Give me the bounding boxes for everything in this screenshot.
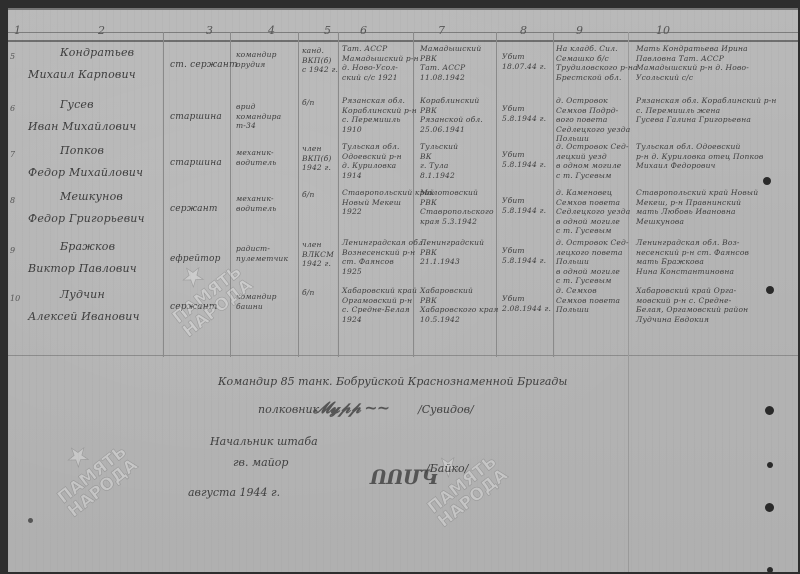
party-membership-line: ВКП(б) — [302, 154, 332, 164]
party-membership: б/п — [302, 190, 315, 200]
fate-date: Убит5.8.1944 г. — [502, 150, 546, 169]
fate-date-line: 5.8.1944 г. — [502, 256, 546, 266]
birthplace-year-line: с. Средне-Белая — [342, 305, 417, 315]
conscription-office-line: Хабаровский — [420, 286, 499, 296]
fate-date-line: 2.08.1944 г. — [502, 304, 551, 314]
commander-signature: 𝓜𝔂𝓅𝓅 ~~ — [313, 398, 389, 418]
conscription-office-line: ВК — [420, 152, 458, 162]
conscription-office-line: Ставропольского — [420, 207, 494, 217]
position: радист-пулеметчик — [236, 244, 296, 263]
given-name: Иван Михайлович — [28, 120, 136, 133]
position: командир орудия — [236, 50, 296, 69]
row-number: 8 — [10, 196, 15, 205]
given-name: Федор Григорьевич — [28, 212, 145, 225]
burial-place-line: с т. Гусевым — [556, 171, 629, 181]
row-number: 10 — [10, 294, 20, 303]
party-membership-line: б/п — [302, 190, 315, 200]
burial-place-line: с т. Гусевым — [556, 226, 630, 236]
fate-date: Убит2.08.1944 г. — [502, 294, 551, 313]
burial-place-line: д. Семхов — [556, 286, 620, 296]
birthplace-year-line: 1925 — [342, 267, 426, 277]
next-of-kin-line: мать Бражкова — [636, 257, 749, 267]
surname: Гусев — [60, 98, 94, 111]
ink-spot — [765, 503, 774, 512]
conscription-office-line: РВК — [420, 296, 499, 306]
surname: Мешкунов — [60, 190, 123, 203]
burial-place-line: Трудиловского р-на — [556, 63, 638, 73]
burial-place-line: Брестской обл. — [556, 73, 638, 83]
column-divider — [163, 32, 164, 357]
party-membership: б/п — [302, 98, 315, 108]
birthplace-year-line: д. Куриловка — [342, 161, 402, 171]
burial-place-line: лецкий уезд — [556, 152, 629, 162]
birthplace-year-line: Вознесенский р-н — [342, 248, 426, 258]
burial-place-line: Семхов Подрд- — [556, 106, 630, 116]
header-rule-top — [8, 32, 798, 33]
column-number: 3 — [206, 24, 213, 37]
scanned-document: 12345678910 5КондратьевМихаил Карповичст… — [0, 0, 800, 574]
burial-place: д. СемховСемхов поветаПольши — [556, 286, 620, 315]
party-membership-line: б/п — [302, 98, 315, 108]
next-of-kin-line: Лудчина Евдокия — [636, 315, 748, 325]
position: механик-водитель — [236, 194, 296, 213]
table-bottom-rule — [8, 355, 798, 356]
party-membership-line: 1942 г. — [302, 259, 334, 269]
conscription-office-line: Молотовский — [420, 188, 494, 198]
burial-place-line: с т. Гусевым — [556, 276, 629, 286]
birthplace-year-line: Мамадышский р-н — [342, 54, 419, 64]
conscription-office-line: 21.1.1943 — [420, 257, 484, 267]
birthplace-year: Тульская обл.Одоевский р-нд. Куриловка19… — [342, 142, 402, 180]
conscription-office: КораблинскийРВКРязанской обл.25.06.1941 — [420, 96, 483, 134]
ink-spot — [763, 177, 771, 185]
birthplace-year-line: ст. Фаянсов — [342, 257, 426, 267]
burial-place-line: д. Островок — [556, 96, 630, 106]
burial-place-line: д. Каменовец — [556, 188, 630, 198]
birthplace-year-line: 1914 — [342, 171, 402, 181]
conscription-office-line: 11.08.1942 — [420, 73, 481, 83]
burial-place-line: Семашко б/с — [556, 54, 638, 64]
birthplace-year-line: 1910 — [342, 125, 417, 135]
ink-spot — [766, 286, 774, 294]
next-of-kin: Ставропольский край НовыйМекеш, р-н Прав… — [636, 188, 758, 226]
position: механик-водитель — [236, 148, 296, 167]
fate-date: Убит5.8.1944 г. — [502, 196, 546, 215]
next-of-kin-line: Нина Константиновна — [636, 267, 749, 277]
next-of-kin-line: Ленинградская обл. Воз- — [636, 238, 749, 248]
birthplace-year-line: Кораблинский р-н — [342, 106, 417, 116]
chief-of-staff-title: Начальник штаба — [210, 435, 318, 448]
party-membership-line: член — [302, 240, 334, 250]
document-date: августа 1944 г. — [188, 486, 280, 499]
party-membership-line: б/п — [302, 288, 315, 298]
fate-date-line: Убит — [502, 246, 546, 256]
commander-name: /Сувидов/ — [418, 403, 474, 416]
surname: Лудчин — [60, 288, 105, 301]
conscription-office-line: Хабаровского края — [420, 305, 499, 315]
next-of-kin-line: Хабаровский край Орга- — [636, 286, 748, 296]
next-of-kin: Тульская обл. Одоевскийр-н д. Куриловка … — [636, 142, 764, 171]
fate-date-line: 5.8.1944 г. — [502, 114, 546, 124]
row-number: 5 — [10, 52, 15, 61]
commander-line: Командир 85 танк. Бобруйской Краснознаме… — [218, 375, 567, 388]
party-membership-line: канд. — [302, 46, 338, 56]
burial-place-line: д. Островок Сед- — [556, 238, 629, 248]
next-of-kin-line: Михаил Федорович — [636, 161, 764, 171]
column-divider — [338, 32, 339, 357]
fate-date-line: Убит — [502, 150, 546, 160]
birthplace-year-line: д. Ново-Усол- — [342, 63, 419, 73]
fate-date-line: Убит — [502, 52, 546, 62]
column-number: 7 — [438, 24, 445, 37]
paper-sheet: 12345678910 5КондратьевМихаил Карповичст… — [8, 8, 798, 572]
next-of-kin-line: Белая, Оргамовский район — [636, 305, 748, 315]
birthplace-year-line: Тат. АССР — [342, 44, 419, 54]
column-number: 4 — [268, 24, 275, 37]
row-number: 6 — [10, 104, 15, 113]
burial-place: д. ОстровокСемхов Подрд-вого поветаСедле… — [556, 96, 630, 144]
next-of-kin-line: Павловна Тат. АССР — [636, 54, 749, 64]
column-number: 2 — [98, 24, 105, 37]
column-number: 10 — [656, 24, 670, 37]
next-of-kin-line: мать Любовь Ивановна — [636, 207, 758, 217]
burial-place-line: вого повета — [556, 115, 630, 125]
conscription-office-line: Тульский — [420, 142, 458, 152]
next-of-kin: Ленинградская обл. Воз-несенский р-н ст.… — [636, 238, 749, 276]
ink-spot — [765, 406, 774, 415]
conscription-office: ЛенинградскийРВК21.1.1943 — [420, 238, 484, 267]
birthplace-year-line: Одоевский р-н — [342, 152, 402, 162]
chief-of-staff-name: /Байко/ — [426, 462, 468, 475]
ink-spot — [28, 518, 33, 523]
surname: Бражков — [60, 240, 115, 253]
conscription-office-line: 8.1.1942 — [420, 171, 458, 181]
conscription-office-line: Ленинградский — [420, 238, 484, 248]
party-membership-line: ВЛКСМ — [302, 250, 334, 260]
fate-date: Убит18.07.44 г. — [502, 52, 546, 71]
next-of-kin-line: мовский р-н с. Средне- — [636, 296, 748, 306]
column-divider — [553, 32, 554, 357]
next-of-kin: Хабаровский край Орга-мовский р-н с. Сре… — [636, 286, 748, 324]
birthplace-year-line: Тульская обл. — [342, 142, 402, 152]
conscription-office-line: края 5.3.1942 — [420, 217, 494, 227]
burial-place: д. Островок Сед-лецкий уездв одном могил… — [556, 142, 629, 180]
birthplace-year: Рязанская обл.Кораблинский р-нс. Перемиш… — [342, 96, 417, 134]
birthplace-year-line: 1924 — [342, 315, 417, 325]
burial-place-line: в одной могиле — [556, 267, 629, 277]
next-of-kin: Рязанская обл. Кораблинский р-нс. Переми… — [636, 96, 777, 125]
conscription-office-line: РВК — [420, 198, 494, 208]
conscription-office-line: РВК — [420, 54, 481, 64]
fate-date-line: 5.8.1944 г. — [502, 160, 546, 170]
next-of-kin-line: Рязанская обл. Кораблинский р-н — [636, 96, 777, 106]
commander-rank: полковник — [258, 403, 319, 416]
burial-place-line: Седлецкого уезда — [556, 125, 630, 135]
burial-place-line: в одной могиле — [556, 217, 630, 227]
next-of-kin-line: Усольский с/с — [636, 73, 749, 83]
watermark: ★ ПАМЯТЬ НАРОДА — [38, 421, 141, 521]
burial-place: На кладб. Сил.Семашко б/сТрудиловского р… — [556, 44, 638, 82]
row-number: 9 — [10, 246, 15, 255]
birthplace-year-line: Хабаровский край — [342, 286, 417, 296]
next-of-kin-line: несенский р-н ст. Фаянсов — [636, 248, 749, 258]
party-membership-line: ВКП(б) — [302, 56, 338, 66]
birthplace-year: Ленинградская обл.Вознесенский р-нст. Фа… — [342, 238, 426, 276]
conscription-office: ХабаровскийРВКХабаровского края10.5.1942 — [420, 286, 499, 324]
given-name: Алексей Иванович — [28, 310, 140, 323]
next-of-kin-line: Ставропольский край Новый — [636, 188, 758, 198]
conscription-office-line: г. Тула — [420, 161, 458, 171]
conscription-office-line: Кораблинский — [420, 96, 483, 106]
fate-date-line: Убит — [502, 294, 551, 304]
fate-date-line: Убит — [502, 196, 546, 206]
column-number: 9 — [576, 24, 583, 37]
given-name: Михаил Карпович — [28, 68, 136, 81]
party-membership: членВЛКСМ1942 г. — [302, 240, 334, 269]
conscription-office-line: Мамадышский — [420, 44, 481, 54]
burial-place: д. КаменовецСемхов поветаСедлецкого уезд… — [556, 188, 630, 236]
column-number: 5 — [324, 24, 331, 37]
fate-date: Убит5.8.1944 г. — [502, 246, 546, 265]
row-number: 7 — [10, 150, 15, 159]
burial-place-line: д. Островок Сед- — [556, 142, 629, 152]
next-of-kin-line: с. Перемишль жена — [636, 106, 777, 116]
next-of-kin: Мать Кондратьева ИринаПавловна Тат. АССР… — [636, 44, 749, 82]
next-of-kin-line: Мамадышский р-н д. Ново- — [636, 63, 749, 73]
birthplace-year: Тат. АССРМамадышский р-нд. Ново-Усол-ски… — [342, 44, 419, 82]
given-name: Виктор Павлович — [28, 262, 137, 275]
burial-place-line: На кладб. Сил. — [556, 44, 638, 54]
burial-place-line: Седлецкого уезда — [556, 207, 630, 217]
conscription-office-line: Рязанской обл. — [420, 115, 483, 125]
burial-place-line: Польши — [556, 305, 620, 315]
burial-place-line: в одном могиле — [556, 161, 629, 171]
birthplace-year-line: Ленинградская обл. — [342, 238, 426, 248]
column-number: 6 — [360, 24, 367, 37]
burial-place-line: Польши — [556, 257, 629, 267]
next-of-kin-line: Мать Кондратьева Ирина — [636, 44, 749, 54]
party-membership: членВКП(б)1942 г. — [302, 144, 332, 173]
burial-place: д. Островок Сед-лецкого поветаПольшив од… — [556, 238, 629, 286]
rank: сержант — [170, 204, 218, 215]
next-of-kin-line: Гусева Галина Григорьевна — [636, 115, 777, 125]
birthplace-year-line: с. Перемишль — [342, 115, 417, 125]
conscription-office: МолотовскийРВКСтавропольскогокрая 5.3.19… — [420, 188, 494, 226]
birthplace-year-line: ский с/с 1921 — [342, 73, 419, 83]
conscription-office-line: 25.06.1941 — [420, 125, 483, 135]
birthplace-year-line: Оргамовский р-н — [342, 296, 417, 306]
party-membership: б/п — [302, 288, 315, 298]
burial-place-line: лецкого повета — [556, 248, 629, 258]
given-name: Федор Михайлович — [28, 166, 143, 179]
fate-date-line: 5.8.1944 г. — [502, 206, 546, 216]
fate-date-line: Убит — [502, 104, 546, 114]
party-membership: канд.ВКП(б)с 1942 г. — [302, 46, 338, 75]
position: врид командира т-34 — [236, 102, 296, 131]
party-membership-line: 1942 г. — [302, 163, 332, 173]
conscription-office: ТульскийВКг. Тула8.1.1942 — [420, 142, 458, 180]
conscription-office-line: 10.5.1942 — [420, 315, 499, 325]
conscription-office: МамадышскийРВКТат. АССР11.08.1942 — [420, 44, 481, 82]
birthplace-year-line: Рязанская обл. — [342, 96, 417, 106]
burial-place-line: Семхов повета — [556, 296, 620, 306]
column-number: 1 — [14, 24, 21, 37]
ink-spot — [767, 462, 773, 468]
rank: ст. сержант — [170, 60, 238, 71]
chief-of-staff-rank: гв. майор — [233, 456, 288, 469]
burial-place-line: Семхов повета — [556, 198, 630, 208]
birthplace-year: Хабаровский крайОргамовский р-нс. Средне… — [342, 286, 417, 324]
ink-spot — [767, 567, 773, 572]
next-of-kin-line: Мешкунова — [636, 217, 758, 227]
fate-date-line: 18.07.44 г. — [502, 62, 546, 72]
header-rule-bottom — [8, 40, 798, 42]
party-membership-line: с 1942 г. — [302, 65, 338, 75]
fate-date: Убит5.8.1944 г. — [502, 104, 546, 123]
conscription-office-line: РВК — [420, 248, 484, 258]
next-of-kin-line: р-н д. Куриловка отец Попков — [636, 152, 764, 162]
rank: старшина — [170, 158, 222, 169]
next-of-kin-line: Тульская обл. Одоевский — [636, 142, 764, 152]
surname: Попков — [60, 144, 104, 157]
conscription-office-line: РВК — [420, 106, 483, 116]
surname: Кондратьев — [60, 46, 134, 59]
next-of-kin-line: Мекеш, р-н Правнинский — [636, 198, 758, 208]
column-divider — [298, 32, 299, 357]
conscription-office-line: Тат. АССР — [420, 63, 481, 73]
rank: старшина — [170, 112, 222, 123]
party-membership-line: член — [302, 144, 332, 154]
column-number: 8 — [520, 24, 527, 37]
